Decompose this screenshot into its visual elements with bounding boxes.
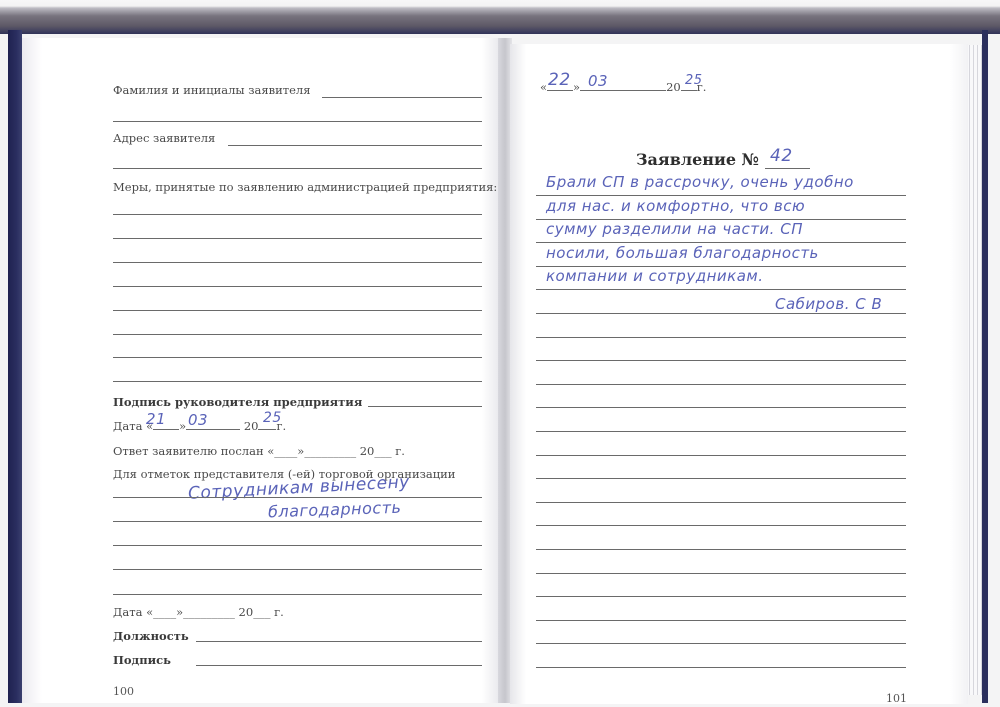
application-line[interactable] (536, 643, 906, 644)
position-field[interactable] (196, 641, 482, 642)
date-year-handwritten: 25 (263, 410, 282, 426)
application-title: Заявление № (636, 150, 759, 169)
measures-line[interactable] (113, 286, 482, 287)
applicant-name-label: Фамилия и инициалы заявителя (113, 83, 311, 97)
application-line[interactable] (536, 478, 906, 479)
application-number-field (765, 168, 810, 169)
application-line[interactable] (536, 549, 906, 550)
applicant-signature-handwritten: Сабиров. С В (775, 295, 882, 313)
position-label: Должность (113, 629, 189, 643)
application-line[interactable] (536, 384, 906, 385)
measures-line[interactable] (113, 214, 482, 215)
measures-line[interactable] (113, 238, 482, 239)
application-line[interactable] (536, 573, 906, 574)
application-text-line: сумму разделили на части. СП (546, 220, 803, 238)
measures-line[interactable] (113, 262, 482, 263)
manager-signature-label: Подпись руководителя предприятия (113, 395, 362, 409)
application-line[interactable] (536, 431, 906, 432)
application-line[interactable] (536, 289, 906, 290)
manager-signature-field[interactable] (368, 406, 482, 407)
scanner-background (0, 0, 1000, 34)
application-text-line: Брали СП в рассрочку, очень удобно (546, 173, 854, 191)
application-line[interactable] (536, 407, 906, 408)
date-day-handwritten: 21 (146, 410, 166, 428)
date2-label: Дата «____»_________ 20___ г. (113, 605, 284, 619)
application-line[interactable] (536, 337, 906, 338)
application-line[interactable] (536, 455, 906, 456)
application-line[interactable] (536, 313, 906, 314)
measures-line[interactable] (113, 357, 482, 358)
application-text-line: компании и сотрудникам. (546, 267, 763, 285)
signature-field[interactable] (196, 665, 482, 666)
application-line[interactable] (536, 620, 906, 621)
page-number-right: 101 (886, 692, 907, 705)
application-text-line: носили, большая благодарность (546, 244, 819, 262)
rep-notes-line[interactable] (113, 521, 482, 522)
signature-label: Подпись (113, 653, 171, 667)
applicant-name-field-line2[interactable] (113, 121, 482, 122)
measures-label: Меры, принятые по заявлению администраци… (113, 180, 497, 194)
application-line[interactable] (536, 502, 906, 503)
rep-notes-line[interactable] (113, 569, 482, 570)
date-month-handwritten: 03 (188, 411, 208, 429)
book-cover-right-edge (982, 30, 988, 703)
application-number-handwritten: 42 (770, 146, 793, 166)
applicant-address-label: Адрес заявителя (113, 131, 215, 145)
measures-line[interactable] (113, 310, 482, 311)
rep-notes-line[interactable] (113, 545, 482, 546)
rep-notes-line[interactable] (113, 594, 482, 595)
measures-line[interactable] (113, 381, 482, 382)
application-line[interactable] (536, 667, 906, 668)
reply-sent-label: Ответ заявителю послан «____»_________ 2… (113, 444, 405, 458)
application-line[interactable] (536, 360, 906, 361)
book-cover-left-edge (8, 30, 22, 703)
right-date-month-handwritten: 03 (588, 72, 608, 90)
rep-notes-line[interactable] (113, 497, 482, 498)
measures-line[interactable] (113, 334, 482, 335)
applicant-address-field-line2[interactable] (113, 168, 482, 169)
application-text-line: для нас. и комфортно, что всю (546, 197, 805, 215)
page-number-left: 100 (113, 685, 134, 698)
left-page (22, 38, 500, 703)
applicant-name-field[interactable] (322, 97, 482, 98)
application-line[interactable] (536, 596, 906, 597)
page-stack-edge (966, 45, 982, 695)
right-page (510, 44, 968, 704)
applicant-address-field[interactable] (228, 145, 482, 146)
right-date-year-handwritten: 25 (685, 73, 703, 88)
right-date-day-handwritten: 22 (548, 70, 571, 90)
application-line[interactable] (536, 525, 906, 526)
